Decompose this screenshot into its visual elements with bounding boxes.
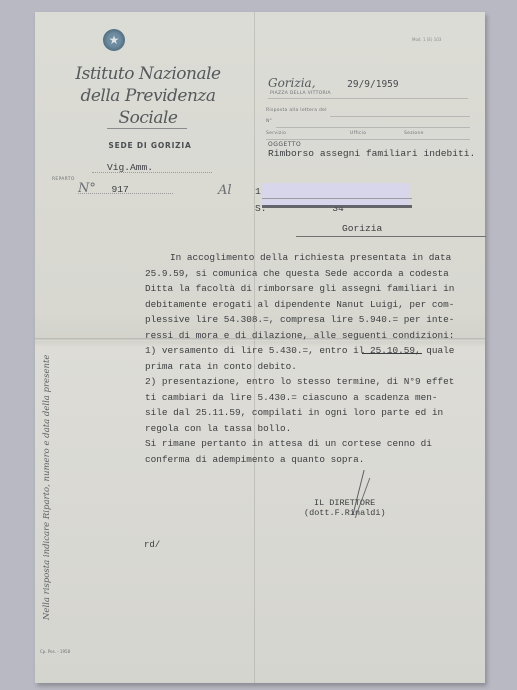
institute-name-line1: Istituto Nazionale [58, 63, 238, 85]
place-date: Gorizia, 29/9/1959 [268, 74, 399, 92]
recipient-rule-1 [262, 198, 412, 199]
reparto-field: REPARTO Vig.Amm. [52, 167, 75, 185]
body-line: Si rimane pertanto in attesa di un corte… [145, 436, 432, 452]
office-name: SEDE DI GORIZIA [80, 141, 220, 150]
reparto-label: REPARTO [52, 177, 75, 182]
signatory-name: (dott.F.Rinaldi) [304, 508, 386, 518]
body-line: In accoglimento della richiesta presenta… [170, 250, 451, 266]
institute-name: Istituto Nazionale della Previdenza Soci… [58, 63, 238, 129]
redaction-box [262, 183, 410, 207]
subject-label: OGGETTO [268, 141, 301, 148]
numero-line [78, 193, 173, 194]
servizio-label: Servizio [266, 131, 286, 139]
subject-value: Rimborso assegni familiari indebiti. [268, 148, 475, 159]
redaction-strike [262, 205, 412, 208]
reply-ref-label: Risposta alla lettera del [266, 108, 327, 116]
form-code: Mod. 1 (E) 103 [412, 37, 441, 42]
body-line: sile dal 25.11.59, compilati in ogni lor… [145, 405, 443, 421]
recipient-city: Gorizia [342, 223, 382, 234]
reply-number-label: N° [266, 119, 272, 127]
body-line: prima rata in conto debito. [145, 359, 297, 375]
date-underline [362, 353, 422, 354]
body-line: plessive lire 54.308.=, compresa lire 5.… [145, 312, 454, 328]
sezione-label: Sezione [404, 131, 424, 139]
body-line: ti cambiari da lire 5.430.= ciascuno a s… [145, 390, 438, 406]
body-line: 1) versamento di lire 5.430.=, entro il … [145, 343, 454, 359]
body-line: 2) presentazione, entro lo stesso termin… [145, 374, 454, 390]
body-line: 25.9.59, si comunica che questa Sede acc… [145, 266, 449, 282]
letter-date: 29/9/1959 [347, 79, 398, 90]
recipient-rule-3 [296, 236, 486, 237]
body-line: conferma di adempimento a quanto sopra. [145, 452, 364, 468]
letterhead-rule [107, 128, 187, 129]
state-emblem-icon: ★ [103, 29, 125, 51]
body-line: ressi di mora e di dilazione, alle segue… [145, 328, 454, 344]
vertical-margin-note: Nella risposta indicare Riparto, numero … [42, 350, 52, 620]
protocol-number-field: N° 917 [78, 179, 129, 197]
body-line: regola con la tassa bollo. [145, 421, 291, 437]
signature-block: IL DIRETTORE (dott.F.Rinaldi) [304, 498, 386, 518]
typist-initials: rd/ [144, 540, 160, 550]
reply-ref-line [330, 116, 470, 117]
date-line [268, 98, 468, 99]
reparto-line [92, 172, 212, 173]
reply-number-line [276, 127, 470, 128]
recipient-label: Al [218, 183, 232, 198]
footer-print-code: Cp. Pos. - 1958 [40, 649, 70, 654]
place: Gorizia, [268, 76, 316, 90]
body-line: debitamente erogati al dipendente Nanut … [145, 297, 454, 313]
department-line [266, 139, 470, 140]
body-line: Ditta la facoltà di rimborsare gli asseg… [145, 281, 454, 297]
signatory-title: IL DIRETTORE [304, 498, 386, 508]
ufficio-label: Ufficio [350, 131, 366, 139]
institute-name-line2: della Previdenza Sociale [58, 85, 238, 129]
office-address: PIAZZA DELLA VITTORIA [270, 91, 331, 96]
